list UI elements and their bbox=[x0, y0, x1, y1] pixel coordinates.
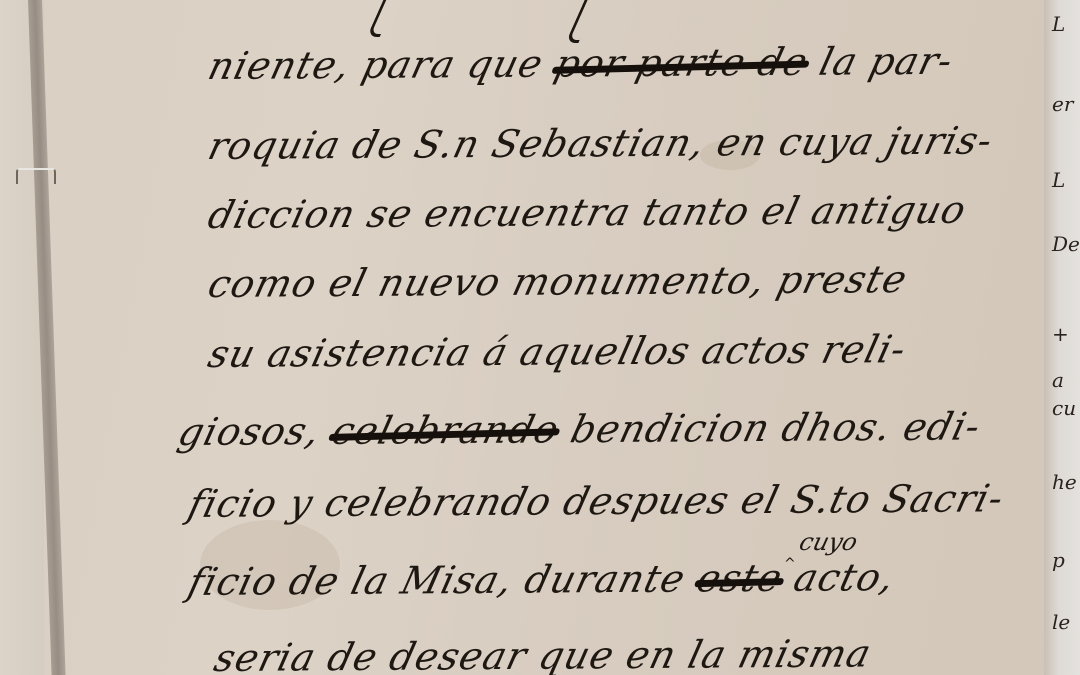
manuscript-line-7: ficio y celebrando despues el S.to Sacri… bbox=[184, 476, 1009, 526]
adjacent-text-fragment: he bbox=[1052, 470, 1077, 494]
adjacent-text-fragment: le bbox=[1052, 610, 1070, 634]
adjacent-text-fragment: cu bbox=[1052, 396, 1076, 420]
manuscript-text-block: niente, para que por parte de la par- ro… bbox=[160, 0, 1020, 675]
ink-descender bbox=[367, 0, 396, 37]
ink-descender bbox=[565, 0, 597, 43]
line-text: la par- bbox=[802, 39, 958, 84]
adjacent-text-fragment: er bbox=[1052, 92, 1073, 116]
right-adjacent-page: L er L De + a cu he p le bbox=[1044, 0, 1080, 675]
struck-through-text: este bbox=[693, 556, 788, 601]
adjacent-text-fragment: + bbox=[1052, 322, 1069, 346]
manuscript-line-4: como el nuevo monumento, preste bbox=[204, 257, 912, 306]
binding-thread bbox=[16, 168, 56, 184]
manuscript-line-3: diccion se encuentra tanto el antiguo bbox=[204, 188, 971, 237]
adjacent-text-fragment: De bbox=[1052, 232, 1080, 256]
manuscript-photo: niente, para que por parte de la par- ro… bbox=[0, 0, 1080, 675]
manuscript-line-9: seria de desear que en la misma bbox=[210, 631, 876, 675]
adjacent-text-fragment: p bbox=[1052, 548, 1065, 572]
struck-through-text: celebrando bbox=[328, 407, 564, 453]
manuscript-line-1: niente, para que por parte de la par- bbox=[204, 39, 958, 88]
struck-through-text: por parte de bbox=[550, 40, 812, 86]
manuscript-line-2: roquia de S.n Sebastian, en cuya juris- bbox=[204, 119, 998, 168]
adjacent-text-fragment: L bbox=[1052, 168, 1065, 192]
interlinear-insertion: cuyo bbox=[797, 528, 861, 556]
adjacent-text-fragment: a bbox=[1052, 368, 1064, 392]
manuscript-line-6: giosos, celebrando bendicion dhos. edi- bbox=[174, 404, 986, 454]
line-text: giosos, bbox=[174, 409, 338, 454]
line-text: ficio de la Misa, durante bbox=[184, 556, 703, 604]
manuscript-line-5: su asistencia á aquellos actos reli- bbox=[204, 327, 911, 376]
line-text: bendicion dhos. edi- bbox=[553, 404, 985, 451]
line-text: niente, para que bbox=[204, 42, 561, 88]
line-text: acto, bbox=[776, 555, 899, 600]
manuscript-line-8: ficio de la Misa, durante este acto, bbox=[184, 555, 900, 604]
adjacent-text-fragment: L bbox=[1052, 12, 1065, 36]
